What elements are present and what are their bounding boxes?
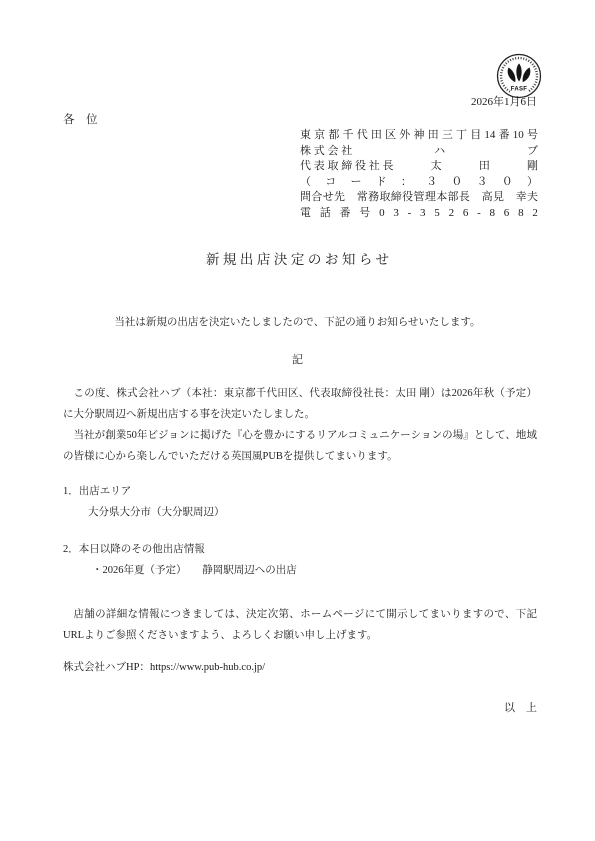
website-line: 株式会社ハブHP：https://www.pub-hub.co.jp/ [63,659,265,674]
text-token: ） [527,175,538,191]
text-token: ブ [527,144,538,160]
text-token: コ [325,175,336,191]
text-token: ド [376,175,387,191]
seal-fasf-label: FASF [511,87,528,93]
text-token: 剛 [527,159,538,175]
body-paragraph-2: 当社が創業50年ビジョンに掲げた『心を豊かにするリアルコミュニケーションの場』と… [63,425,537,467]
text-token: - [477,206,481,222]
document-page: FASF 2026年1月6日 各 位 東京都千代田区外神田三丁目14番10号 株… [0,0,595,841]
seal-right-leaf [523,68,531,83]
text-token: 8 [518,206,524,222]
item-1-detail: 大分県大分市（大分駅周辺） [63,502,225,523]
website-url-link[interactable]: https://www.pub-hub.co.jp/ [150,662,265,673]
text-token: 6 [463,206,469,222]
body-paragraph-1: この度、株式会社ハブ（本社：東京都千代田区、代表取締役社長：太田 剛）は2026… [63,383,537,425]
phone-number: 電話番号03-3526-8682 [300,206,538,222]
text-token: ： [401,175,412,191]
company-block: 東京都千代田区外神田三丁目14番10号 株 式 会 社ハブ 代 表 取 締 役 … [300,128,538,222]
text-token: ー [350,175,361,191]
text-token: 太 [431,159,442,175]
text-token: - [408,206,412,222]
text-token: 6 [504,206,510,222]
text-token: 2 [449,206,455,222]
text-token: 番 [340,206,351,222]
text-token: 号 [359,206,370,222]
seal-left-leaf [508,68,516,83]
list-item-2: 2．本日以降のその他出店情報 ・2026年夏（予定） 静岡駅周辺への出店 [63,539,297,581]
issue-date: 2026年1月6日 [471,93,537,109]
text-token: 話 [320,206,331,222]
main-paragraphs: この度、株式会社ハブ（本社：東京都千代田区、代表取締役社長：太田 剛）は2026… [63,383,537,467]
seal-center-leaf [516,64,521,82]
item-2-detail: ・2026年夏（予定） 静岡駅周辺への出店 [63,560,297,581]
text-token: （ [300,175,311,191]
securities-code: （コード：３０３０） [300,175,538,191]
text-token: ３ [477,175,488,191]
text-token: 電 [300,206,311,222]
text-token: 代 表 取 締 役 社 長 [300,159,394,175]
text-token: 田 [479,159,490,175]
record-mark: 記 [0,351,595,367]
list-item-1: 1．出店エリア 大分県大分市（大分駅周辺） [63,481,225,523]
text-token: ハ [434,144,445,160]
company-address: 東京都千代田区外神田三丁目14番10号 [300,128,538,144]
text-token: 3 [393,206,399,222]
item-2-heading: 2．本日以降のその他出店情報 [63,539,297,560]
text-token: 株 式 会 社 [300,144,352,160]
closing-paragraph: 店舗の詳細な情報につきましては、決定次第、ホームページにて開示してまいりますので… [63,604,537,646]
document-title: 新規出店決定のお知らせ [0,248,595,268]
company-name: 株 式 会 社ハブ [300,144,538,160]
text-token: 0 [379,206,385,222]
sign-off: 以 上 [504,699,537,715]
item-1-heading: 1．出店エリア [63,481,225,502]
text-token: 5 [434,206,440,222]
representative-name: 代 表 取 締 役 社 長太田剛 [300,159,538,175]
intro-paragraph: 当社は新規の出店を決定いたしましたので、下記の通りお知らせいたします。 [0,314,595,329]
contact-person: 問合せ先 常務取締役管理本部長 高見 幸夫 [300,190,538,206]
website-label: 株式会社ハブHP： [63,662,150,673]
text-token: ３ [426,175,437,191]
text-token: 2 [532,206,538,222]
text-token: ０ [451,175,462,191]
text-token: ０ [502,175,513,191]
text-token: 8 [490,206,496,222]
recipient: 各 位 [63,111,98,127]
text-token: 3 [420,206,426,222]
